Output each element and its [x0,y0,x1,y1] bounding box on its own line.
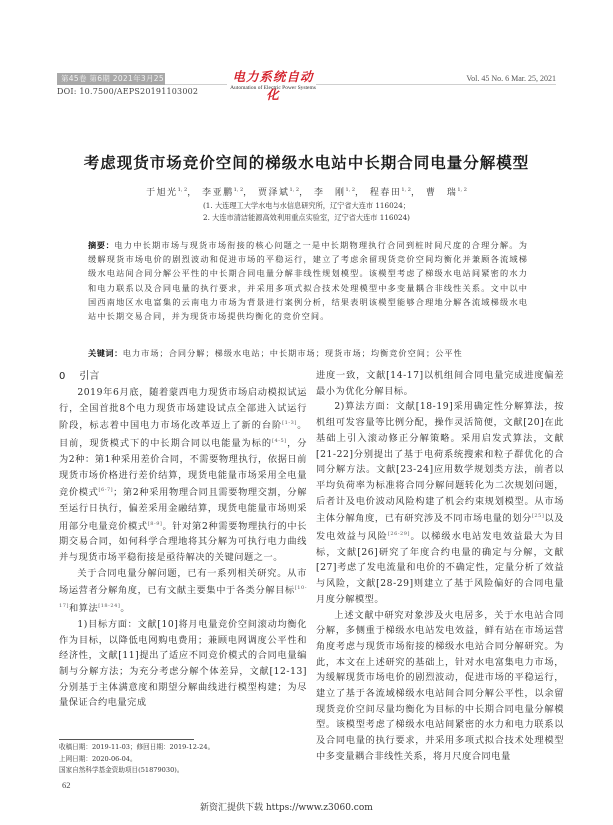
author-affiliation-mark: 1, 2 [234,187,244,193]
citation[interactable]: [4-5] [272,438,287,444]
affiliation-1: (1. 大连理工大学水电与水信息研究所，辽宁省大连市 116024； [0,201,613,211]
download-watermark[interactable]: 新资汇提供下载 https://www.z3060.com [200,800,373,813]
author: 程春田1, 2 [370,188,411,198]
author-name: 李亚鹏 [202,188,234,198]
online-date: 上网日期：2020-06-04。 [59,754,214,766]
author-affiliation-mark: 1, 2 [401,187,411,193]
author-name: 曹 瑞 [426,188,458,198]
paragraph: 关于合同电量分解问题，已有一系列相关研究。从市场运营者分解角度，已有文献主要集中… [59,566,307,617]
page-number: 62 [62,780,71,790]
citation[interactable]: [8-9] [148,521,163,527]
paragraph-text: 1)目标方面：文献[10]将月电量竞价空间滚动均衡化作为目标，以降低电网购电费用… [59,619,307,709]
issue-badge: 第45卷 第6期 2021年3月25日 [57,73,165,85]
citation[interactable]: [1-3] [282,420,297,426]
received-date: 收稿日期：2019-11-03；修回日期：2019-12-24。 [59,742,214,754]
paragraph: 2019年6月底，随着蒙西电力现货市场启动模拟试运行，全国首批8个电力现货市场建… [59,385,307,566]
keywords: 关键词：电力市场；合同分解；梯级水电站；中长期市场；现货市场；均衡竞价空间；公平… [88,346,528,360]
paragraph-text: 2)算法方面：文献[18-19]采用确定性分解算法，按机组可发容量等比例分配，操… [316,401,564,524]
author-affiliation-mark: 1, 2 [178,187,188,193]
author-name: 于旭光 [146,188,178,198]
author-affiliation-mark: 1, 2 [345,187,355,193]
paragraph-text: 上述文献中研究对象涉及火电居多，关于水电站合同分解，多侧重于梯级水电站发电效益，… [316,610,564,762]
paragraph-text: 。 [120,603,130,614]
volume-info: Vol. 45 No. 6 Mar. 25, 2021 [466,74,556,83]
section-number: 0 [59,371,65,382]
abstract-label: 摘要： [88,240,114,250]
paragraph: 上述文献中研究对象涉及火电居多，关于水电站合同分解，多侧重于梯级水电站发电效益，… [316,608,564,765]
author-name: 程春田 [370,188,402,198]
paragraph: 2)算法方面：文献[18-19]采用确定性分解算法，按机组可发容量等比例分配，操… [316,399,564,607]
body-column-left: 2019年6月底，随着蒙西电力现货市场启动模拟试运行，全国首批8个电力现货市场建… [59,385,307,711]
journal-header: 第45卷 第6期 2021年3月25日 DOI: 10.7500/AEPS201… [0,0,613,110]
paragraph-text: 2019年6月底，随着蒙西电力现货市场启动模拟试运行，全国首批8个电力现货市场建… [59,387,307,431]
footnotes: 收稿日期：2019-11-03；修回日期：2019-12-24。 上网日期：20… [59,742,214,777]
abstract-text: 电力中长期市场与现货市场衔接的核心问题之一是中长期物理执行合同到桩时间尺度的合理… [88,240,528,321]
section-title: 引言 [79,371,99,382]
funding-note: 国家自然科学基金资助项目(51879030)。 [59,765,214,777]
affiliation-2: 2. 大连市清洁能源高效利用重点实验室，辽宁省大连市 116024) [0,213,613,223]
paragraph-text: 关于合同电量分解问题，已有一系列相关研究。从市场运营者分解角度，已有文献主要集中… [59,568,307,597]
paper-title: 考虑现货市场竞价空间的梯级水电站中长期合同电量分解模型 [0,151,613,173]
citation[interactable]: [25] [532,513,544,519]
paragraph-text: 进度一致，文献[14-17]以机组间合同电量完成进度偏差最小为优化分解目标。 [316,370,564,397]
citation[interactable]: [26-29] [388,531,410,537]
author: 李 刚1, 2 [314,188,355,198]
author-affiliation-mark: 1, 2 [457,187,467,193]
author-list: 于旭光1, 2， 李亚鹏1, 2， 贾泽斌1, 2， 李 刚1, 2， 程春田1… [0,185,613,198]
author: 李亚鹏1, 2 [202,188,243,198]
author: 贾泽斌1, 2 [258,188,299,198]
citation[interactable]: [18-24] [98,603,120,609]
footnote-divider [59,739,194,740]
author-name: 贾泽斌 [258,188,290,198]
keywords-label: 关键词： [88,348,123,358]
author: 于旭光1, 2 [146,188,187,198]
header-divider [165,84,227,85]
doi[interactable]: DOI: 10.7500/AEPS20191103002 [57,87,198,96]
citation[interactable]: [6-7] [98,487,113,493]
paragraph-text: 。以梯级水电站发电效益最大为目标，文献[26]研究了年度合约电量的确定与分解，文… [316,531,564,605]
author-affiliation-mark: 1, 2 [290,187,300,193]
keywords-text: 电力市场；合同分解；梯级水电站；中长期市场；现货市场；均衡竞价空间；公平性 [123,348,463,358]
paragraph: 进度一致，文献[14-17]以机组间合同电量完成进度偏差最小为优化分解目标。 [316,368,564,399]
author-name: 李 刚 [314,188,346,198]
journal-name-en: Automation of Electric Power Systems [222,85,324,91]
author: 曹 瑞1, 2 [426,188,467,198]
paragraph-text: 和算法 [69,603,98,614]
body-column-right: 进度一致，文献[14-17]以机组间合同电量完成进度偏差最小为优化分解目标。 2… [316,368,564,765]
abstract: 摘要：电力中长期市场与现货市场衔接的核心问题之一是中长期物理执行合同到桩时间尺度… [88,238,528,323]
paragraph: 1)目标方面：文献[10]将月电量竞价空间滚动均衡化作为目标，以降低电网购电费用… [59,617,307,711]
header-divider [316,84,556,85]
section-heading: 0引言 [59,367,99,382]
